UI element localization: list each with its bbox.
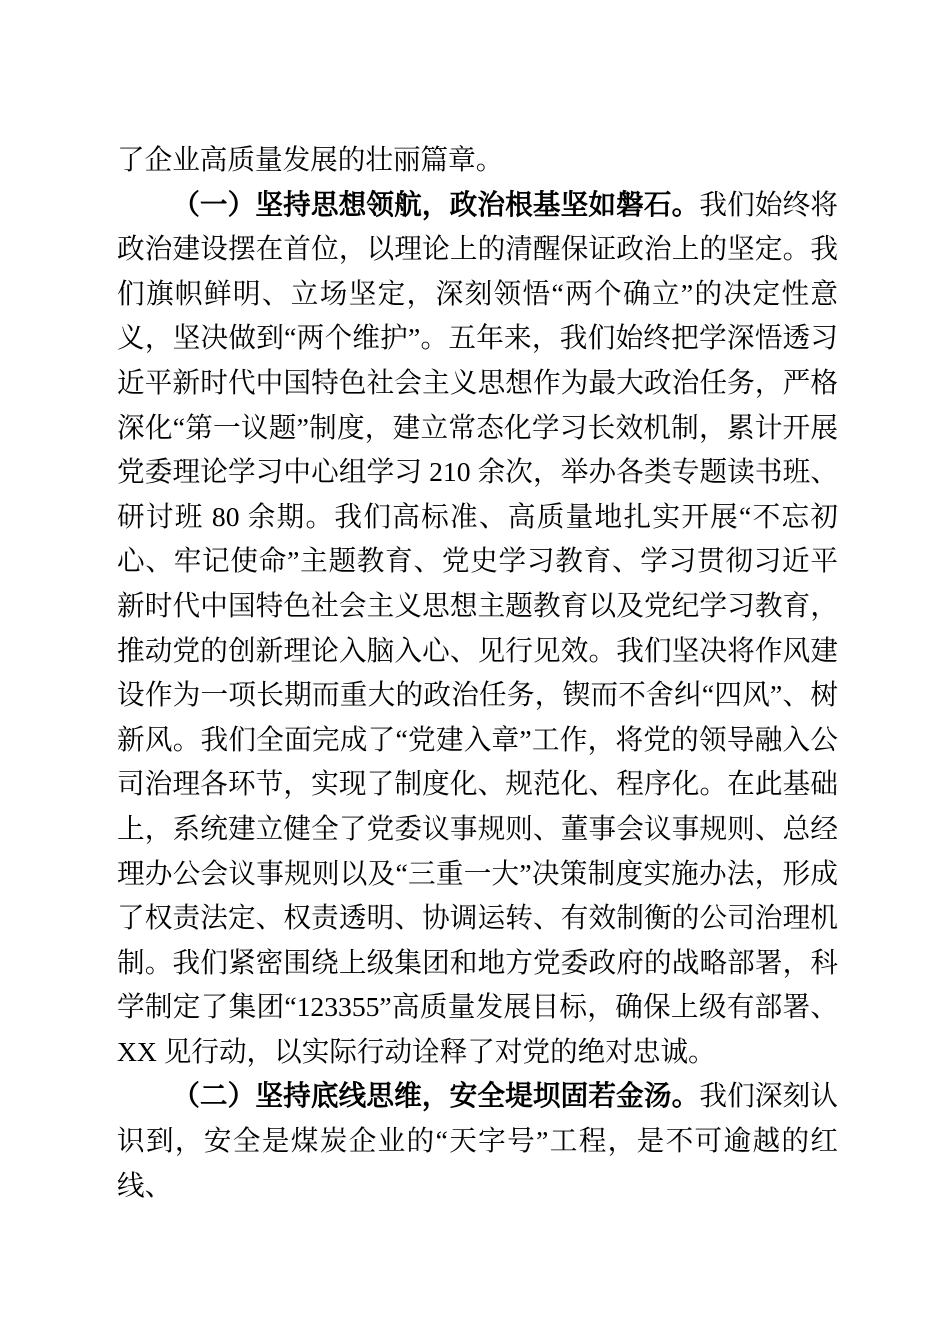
paragraph: （一）坚持思想领航，政治根基坚如磐石。我们始终将政治建设摆在首位，以理论上的清醒… <box>117 183 838 1075</box>
paragraph: 了企业高质量发展的壮丽篇章。 <box>117 138 838 183</box>
paragraph: （二）坚持底线思维，安全堤坝固若金汤。我们深刻认识到，安全是煤炭企业的“天字号”… <box>117 1074 838 1208</box>
paragraph-text: 了企业高质量发展的壮丽篇章。 <box>117 144 503 175</box>
document-page: 了企业高质量发展的壮丽篇章。 （一）坚持思想领航，政治根基坚如磐石。我们始终将政… <box>0 0 950 1344</box>
paragraph-lead-heading: （一）坚持思想领航，政治根基坚如磐石。 <box>172 189 699 220</box>
document-body: 了企业高质量发展的壮丽篇章。 （一）坚持思想领航，政治根基坚如磐石。我们始终将政… <box>117 138 838 1208</box>
paragraph-lead-heading: （二）坚持底线思维，安全堤坝固若金汤。 <box>172 1080 699 1111</box>
paragraph-text: 我们始终将政治建设摆在首位，以理论上的清醒保证政治上的坚定。我们旗帜鲜明、立场坚… <box>117 189 838 1067</box>
